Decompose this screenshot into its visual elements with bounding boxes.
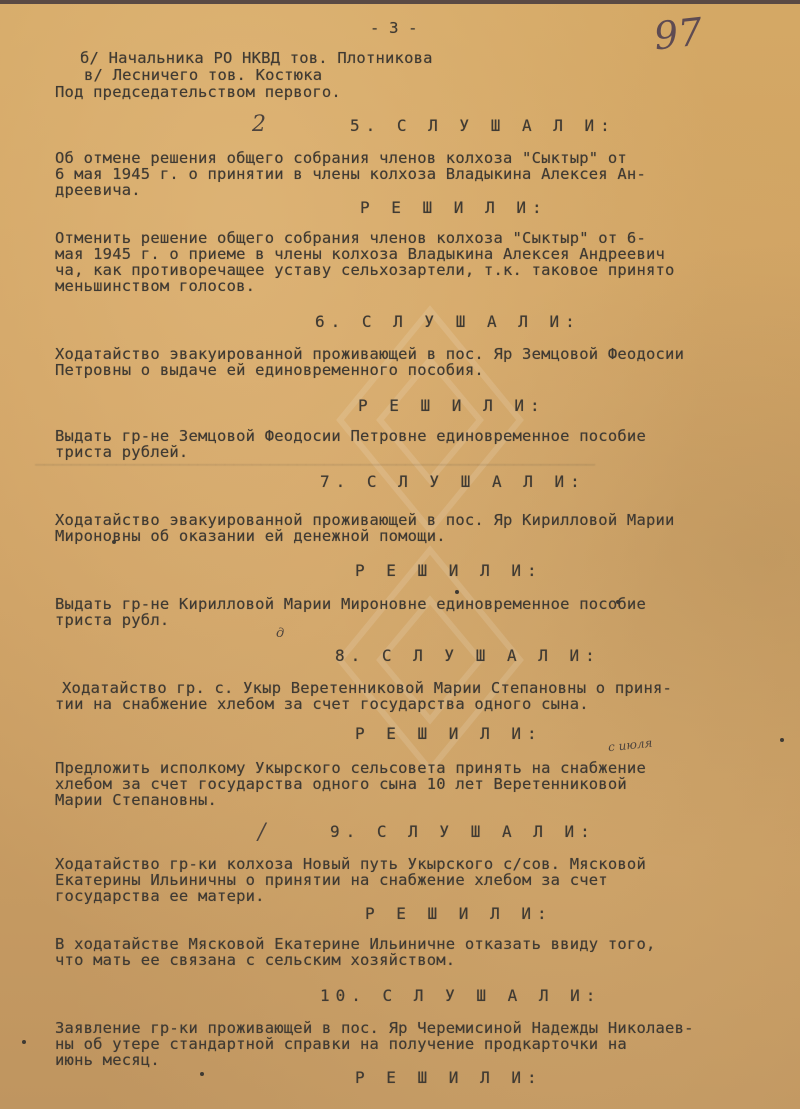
archive-page-number: 97 [652,10,705,59]
heard-heading-10: 10. С Л У Ш А Л И: [320,986,601,1005]
opening-line-1: б/ Начальника РО НКВД тов. Плотникова [80,50,433,67]
heard-heading-7: 7. С Л У Ш А Л И: [320,472,586,491]
opening-line-3: Под председательством первого. [55,84,341,101]
decided-text-8-line-3: Марии Степановны. [55,792,217,809]
heard-text-10-line-3: июнь месяц. [55,1052,160,1069]
decided-heading-7: Р Е Ш И Л И: [355,561,543,580]
ink-speck [616,600,620,604]
ink-speck [112,540,116,544]
decided-heading-5: Р Е Ш И Л И: [360,198,548,217]
heard-text-5-line-2: 6 мая 1945 г. о принятии в члены колхоза… [55,166,646,183]
ink-speck [22,1040,26,1044]
handwritten-mark: д [276,626,284,641]
heard-heading-6: 6. С Л У Ш А Л И: [315,312,581,331]
ink-speck [455,590,459,594]
heard-heading-8: 8. С Л У Ш А Л И: [335,646,601,665]
decided-heading-10: Р Е Ш И Л И: [355,1068,543,1087]
decided-heading-9: Р Е Ш И Л И: [365,904,553,923]
decided-heading-8: Р Е Ш И Л И: [355,724,543,743]
decided-heading-6: Р Е Ш И Л И: [358,396,546,415]
heard-heading-9: 9. С Л У Ш А Л И: [330,822,596,841]
ink-speck [200,1072,204,1076]
handwritten-mark: / [258,820,265,845]
decided-text-7-line-2: триста рубл. [55,612,169,629]
decided-text-9-line-2: что мать ее связана с сельским хозяйство… [55,952,455,969]
page-header: - 3 - [370,20,418,37]
heard-text-5-line-3: дреевича. [55,182,141,199]
heard-heading-5: 5. С Л У Ш А Л И: [350,116,616,135]
handwritten-mark: 2 [252,112,266,137]
opening-line-2: в/ Лесничего тов. Костюка [84,67,322,84]
heard-text-9-line-3: государства ее матери. [55,888,265,905]
decided-text-5-line-4: меньшинством голосов. [55,278,255,295]
ink-speck [780,738,784,742]
heard-text-6-line-2: Петровны о выдаче ей единовременного пос… [55,362,484,379]
heard-text-8-line-2: тии на снабжение хлебом за счет государс… [55,696,589,713]
